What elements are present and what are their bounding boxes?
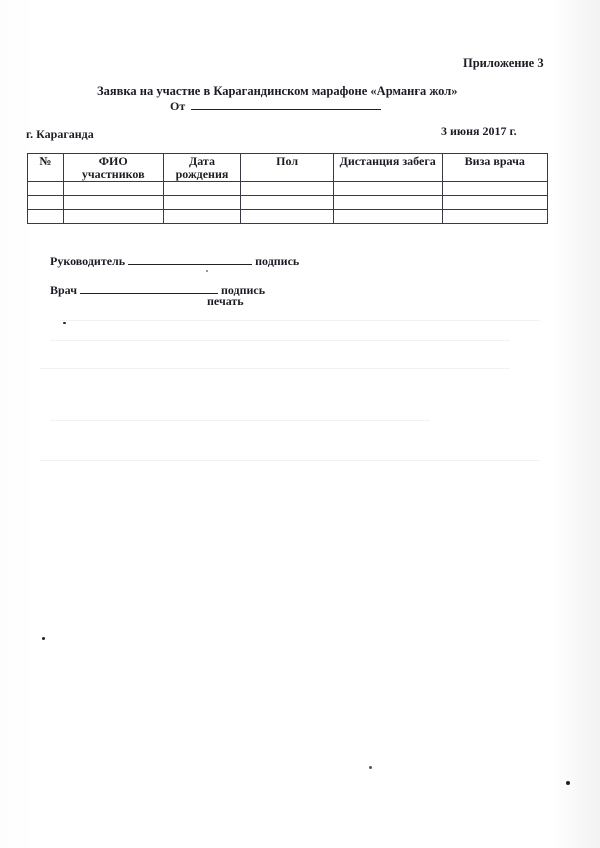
header-number: №: [28, 154, 64, 182]
bleed-through-line: [50, 340, 510, 341]
header-distance: Дистанция забега: [333, 154, 442, 182]
bleed-through-line: [40, 460, 540, 461]
cell-doctor-visa[interactable]: [442, 182, 548, 196]
document-date: 3 июня 2017 г.: [441, 124, 517, 138]
cell-full-name[interactable]: [63, 182, 163, 196]
table-row: [28, 182, 548, 196]
table-header-row: № ФИОучастников Датарождения Пол Дистанц…: [28, 154, 548, 182]
cell-number[interactable]: [28, 182, 64, 196]
header-gender: Пол: [241, 154, 333, 182]
cell-full-name[interactable]: [63, 210, 163, 224]
head-label: Руководитель: [50, 254, 125, 268]
from-input-line[interactable]: [191, 98, 381, 110]
cell-number[interactable]: [28, 210, 64, 224]
header-full-name: ФИОучастников: [63, 154, 163, 182]
scan-speck: [369, 766, 372, 769]
cell-doctor-visa[interactable]: [442, 196, 548, 210]
cell-birth-date[interactable]: [163, 196, 241, 210]
scan-speck: [63, 322, 66, 324]
head-signature-field[interactable]: [128, 253, 252, 265]
from-field[interactable]: От: [170, 98, 381, 113]
document-title: Заявка на участие в Карагандинском мараф…: [97, 84, 458, 98]
header-birth-date: Датарождения: [163, 154, 241, 182]
city-label: г. Караганда: [26, 127, 94, 141]
cell-birth-date[interactable]: [163, 210, 241, 224]
scan-speck: [566, 781, 570, 785]
bleed-through-line: [50, 420, 430, 421]
cell-gender[interactable]: [241, 182, 333, 196]
cell-birth-date[interactable]: [163, 182, 241, 196]
header-doctor-visa: Виза врача: [442, 154, 548, 182]
scan-speck: [206, 270, 208, 272]
table-row: [28, 210, 548, 224]
cell-full-name[interactable]: [63, 196, 163, 210]
bleed-through-line: [60, 320, 540, 321]
head-signature-caption: подпись: [255, 254, 299, 268]
cell-distance[interactable]: [333, 182, 442, 196]
bleed-through-line: [40, 368, 510, 369]
from-label: От: [170, 99, 185, 113]
head-signature-line[interactable]: Руководительподпись: [50, 253, 299, 268]
cell-number[interactable]: [28, 196, 64, 210]
stamp-caption: печать: [207, 294, 244, 308]
scan-speck: [42, 637, 45, 640]
cell-distance[interactable]: [333, 210, 442, 224]
cell-gender[interactable]: [241, 196, 333, 210]
participants-table: № ФИОучастников Датарождения Пол Дистанц…: [27, 153, 548, 224]
cell-distance[interactable]: [333, 196, 442, 210]
doctor-signature-field[interactable]: [80, 282, 218, 294]
cell-doctor-visa[interactable]: [442, 210, 548, 224]
document-page: Приложение 3 Заявка на участие в Караган…: [0, 0, 600, 848]
cell-gender[interactable]: [241, 210, 333, 224]
doctor-label: Врач: [50, 283, 77, 297]
table-row: [28, 196, 548, 210]
appendix-label: Приложение 3: [463, 56, 544, 70]
